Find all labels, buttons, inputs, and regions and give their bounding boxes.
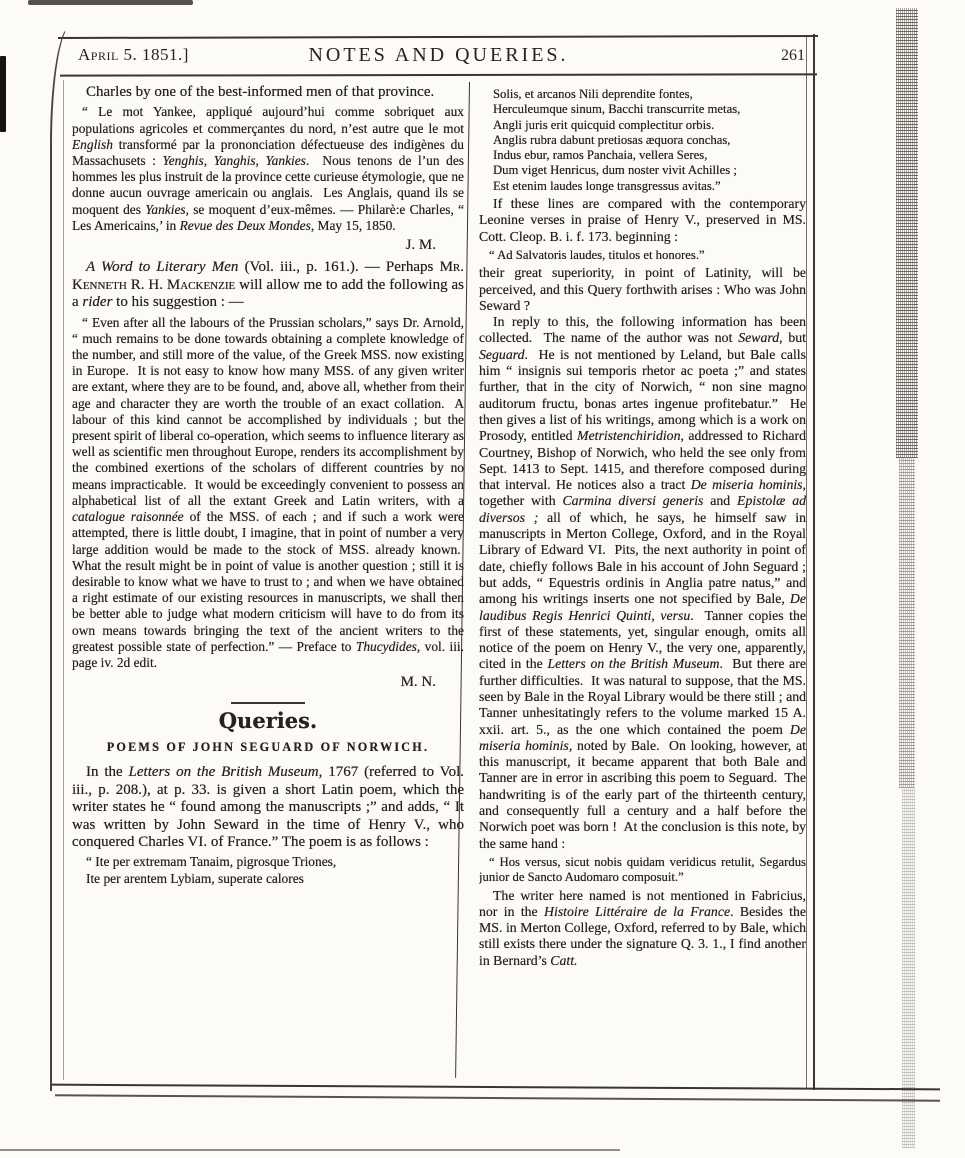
scan-speckle-band-bottom bbox=[902, 788, 915, 1148]
scan-smudge-top bbox=[28, 0, 193, 5]
frame-rule-left-inner bbox=[63, 80, 64, 1080]
quote-hos-versus: “ Hos versus, sicut nobis quidam veridic… bbox=[479, 855, 806, 886]
signature-m-n: M. N. bbox=[72, 674, 464, 691]
header-journal-title: NOTES AND QUERIES. bbox=[60, 44, 817, 67]
scan-smudge-left-edge bbox=[0, 56, 6, 132]
paragraph-the-writer: The writer here named is not mentioned i… bbox=[479, 888, 806, 969]
header-underline-rule bbox=[60, 73, 817, 76]
frame-rule-right-inner bbox=[806, 36, 807, 1088]
scan-bottom-edge-line bbox=[0, 1149, 620, 1151]
scan-speckle-band-top bbox=[896, 8, 918, 458]
latin-verse-right: Solis, et arcanos Nili deprendite fontes… bbox=[493, 87, 806, 194]
paragraph-in-reply: In reply to this, the following informat… bbox=[479, 314, 806, 852]
queries-section-heading: Queries. bbox=[72, 712, 464, 729]
quote-ad-salvatoris: “ Ad Salvatoris laudes, titulos et honor… bbox=[479, 248, 806, 263]
scan-speckle-band-middle bbox=[899, 458, 915, 788]
section-separator-rule bbox=[231, 702, 305, 704]
scanned-page: April 5. 1851.] NOTES AND QUERIES. 261 C… bbox=[0, 0, 965, 1158]
latin-verse-left: “ Ite per extremam Tanaim, pigrosque Tri… bbox=[86, 854, 464, 886]
paragraph-if-these-lines: If these lines are compared with the con… bbox=[479, 196, 806, 245]
article-title-seguard: POEMS OF JOHN SEGUARD OF NORWICH. bbox=[72, 739, 464, 756]
quote-yankee-french: “ Le mot Yankee, appliqué aujourd’hui co… bbox=[72, 104, 464, 234]
header-page-number: 261 bbox=[745, 47, 805, 65]
paragraph-charles-intro: Charles by one of the best-informed men … bbox=[72, 84, 464, 101]
paragraph-word-to-literary-men: A Word to Literary Men (Vol. iii., p. 16… bbox=[72, 259, 464, 311]
paragraph-their-superiority: their great superiority, in point of Lat… bbox=[479, 265, 806, 314]
frame-rule-top bbox=[58, 35, 818, 39]
left-column: Charles by one of the best-informed men … bbox=[72, 84, 464, 1080]
right-column: Solis, et arcanos Nili deprendite fontes… bbox=[479, 84, 806, 1082]
frame-rule-right-outer bbox=[813, 34, 815, 1090]
paragraph-letters-british-museum: In the Letters on the British Museum, 17… bbox=[72, 764, 464, 851]
quote-dr-arnold: “ Even after all the labours of the Prus… bbox=[72, 315, 464, 671]
frame-rule-bottom-inner bbox=[55, 1094, 940, 1101]
signature-j-m: J. M. bbox=[72, 237, 464, 254]
